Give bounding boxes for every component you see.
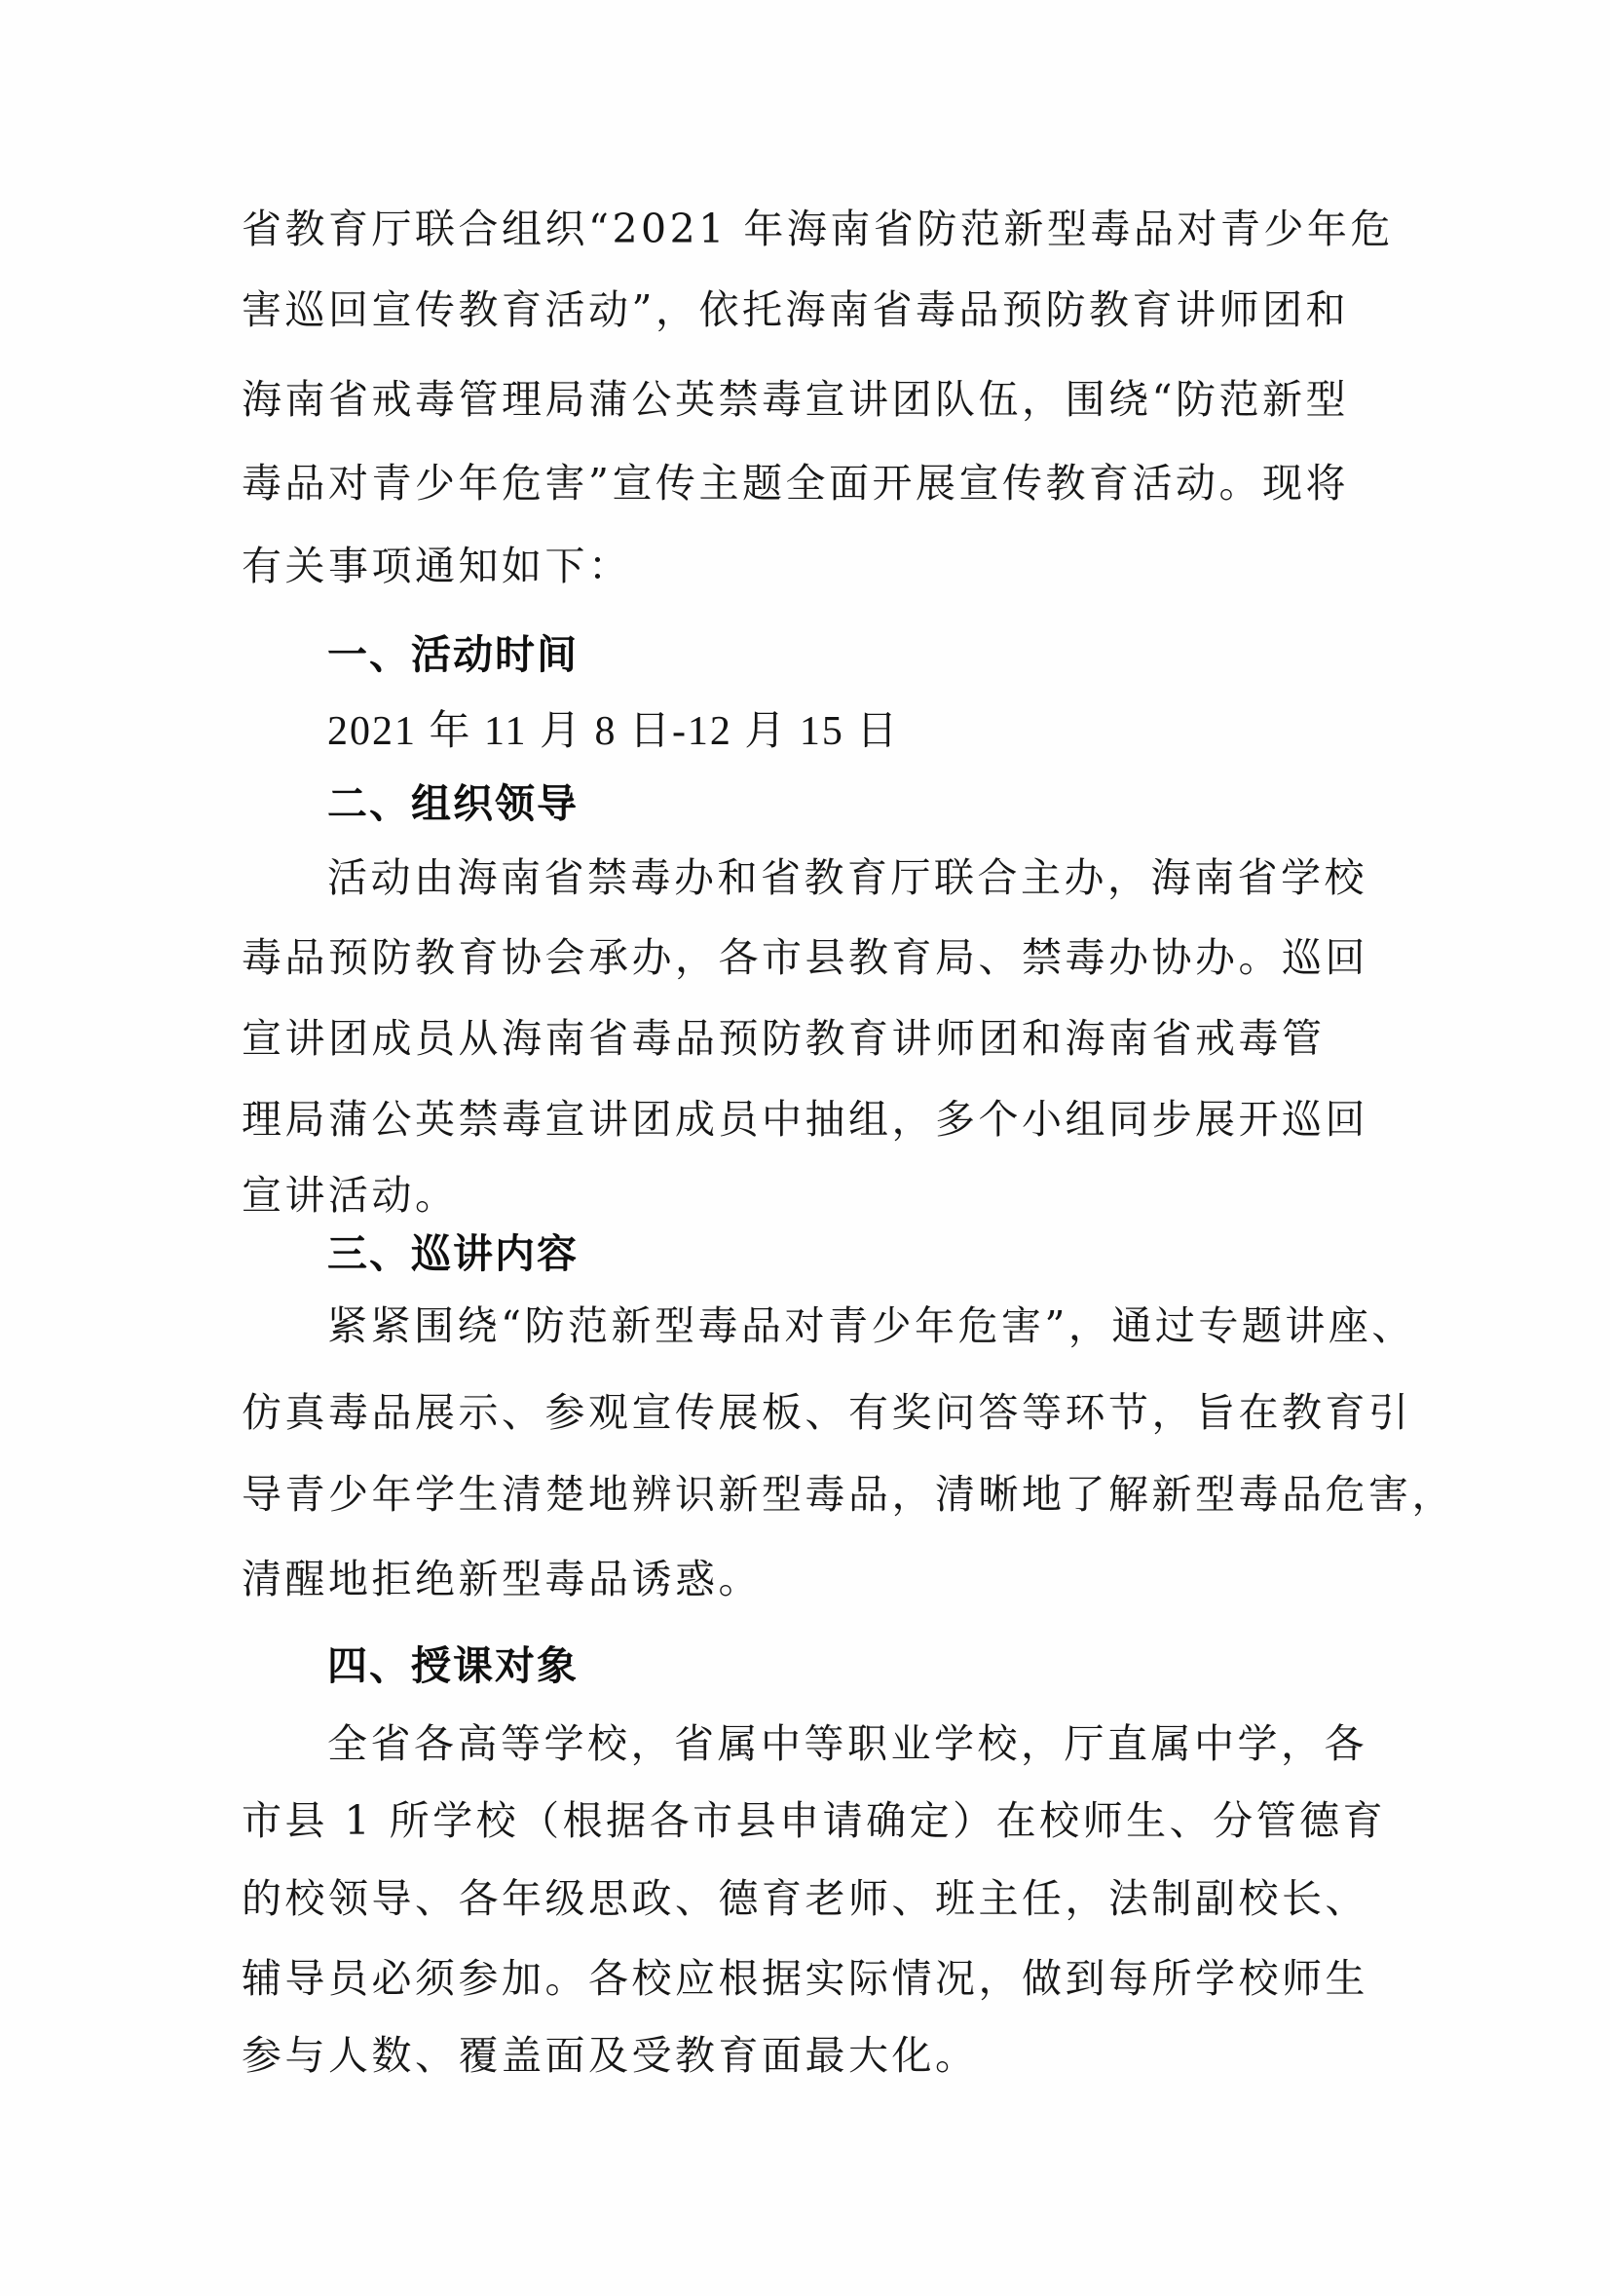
lecture-content-line-3: 导青少年学生清楚地辨识新型毒品，清晰地了解新型毒品危害，	[242, 1465, 1455, 1524]
section-heading-activity-time: 一、活动时间	[327, 625, 579, 684]
section-heading-lecture-content: 三、巡讲内容	[327, 1224, 579, 1283]
intro-line-4: 毒品对青少年危害”宣传主题全面开展宣传教育活动。现将	[242, 454, 1349, 512]
audience-line-1: 全省各高等学校，省属中等职业学校，厅直属中学，各	[327, 1714, 1367, 1773]
organization-line-1: 活动由海南省禁毒办和省教育厅联合主办，海南省学校	[327, 848, 1367, 907]
audience-line-2: 市县 1 所学校（根据各市县申请确定）在校师生、分管德育	[242, 1791, 1386, 1850]
organization-line-2: 毒品预防教育协会承办，各市县教育局、禁毒办协办。巡回	[242, 928, 1368, 987]
audience-line-3: 的校领导、各年级思政、德育老师、班主任，法制副校长、	[242, 1869, 1368, 1928]
activity-date-range: 2021 年 11 月 8 日-12 月 15 日	[327, 702, 899, 761]
organization-line-5: 宣讲活动。	[242, 1166, 459, 1224]
organization-line-3: 宣讲团成员从海南省毒品预防教育讲师团和海南省戒毒管	[242, 1009, 1326, 1068]
lecture-content-line-4: 清醒地拒绝新型毒品诱惑。	[242, 1550, 762, 1608]
audience-line-4: 辅导员必须参加。各校应根据实际情况，做到每所学校师生	[242, 1949, 1368, 2008]
document-page: 省教育厅联合组织“2021 年海南省防范新型毒品对青少年危 害巡回宣传教育活动”…	[0, 0, 1610, 2296]
organization-line-4: 理局蒲公英禁毒宣讲团成员中抽组，多个小组同步展开巡回	[242, 1090, 1368, 1148]
audience-line-5: 参与人数、覆盖面及受教育面最大化。	[242, 2026, 979, 2085]
lecture-content-line-1: 紧紧围绕“防范新型毒品对青少年危害”，通过专题讲座、	[327, 1297, 1415, 1355]
lecture-content-line-2: 仿真毒品展示、参观宣传展板、有奖问答等环节，旨在教育引	[242, 1383, 1412, 1442]
intro-line-5: 有关事项通知如下：	[242, 537, 632, 595]
section-heading-organization: 二、组织领导	[327, 774, 579, 833]
section-heading-audience: 四、授课对象	[327, 1637, 579, 1695]
intro-line-2: 害巡回宣传教育活动”，依托海南省毒品预防教育讲师团和	[242, 281, 1349, 339]
intro-line-3: 海南省戒毒管理局蒲公英禁毒宣讲团队伍，围绕“防范新型	[242, 370, 1349, 429]
intro-line-1: 省教育厅联合组织“2021 年海南省防范新型毒品对青少年危	[242, 200, 1394, 258]
